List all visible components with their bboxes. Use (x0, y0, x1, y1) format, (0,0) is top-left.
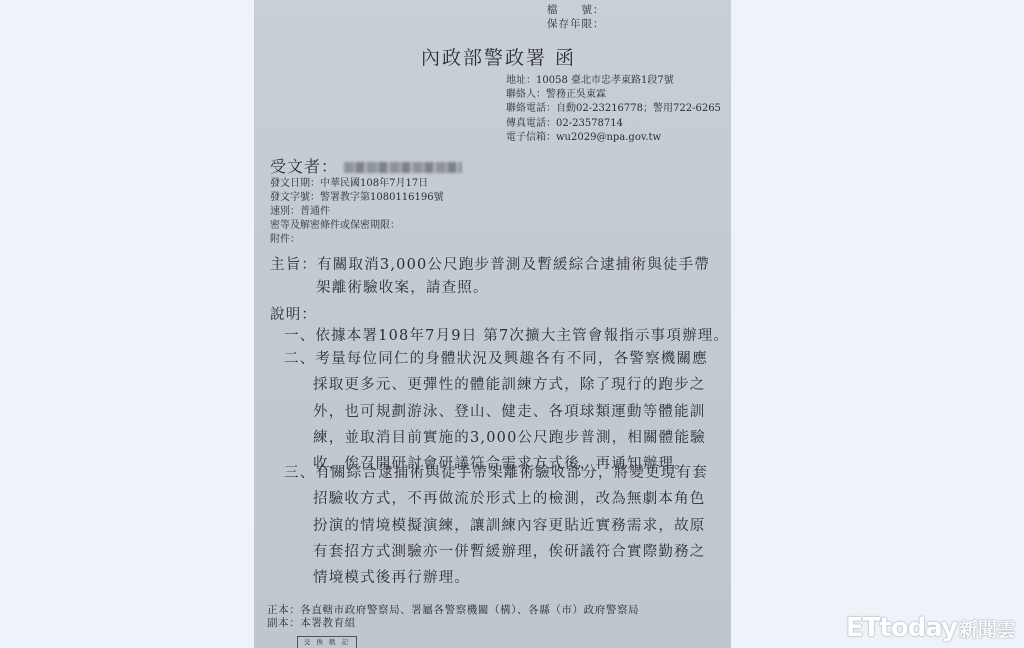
sender-email: 電子信箱：wu2029@npa.gov.tw (506, 131, 721, 145)
subject-section: 主旨：有關取消3,000公尺跑步普測及暫緩綜合逮捕術與徒手帶 架離術驗收案，請查… (270, 254, 710, 300)
item-line: 練，並取消目前實施的3,000公尺跑步普測，相關體能驗 (284, 425, 708, 451)
sender-address: 地址：10058 臺北市忠孝東路1段7號 (506, 74, 721, 88)
document-meta: 發文日期：中華民國108年7月17日 發文字號：警署教字第1080116196號… (270, 177, 444, 247)
watermark-latin: ETtoday (846, 613, 957, 643)
recipient-redacted (344, 162, 462, 173)
recipient-label: 受文者： (270, 157, 338, 176)
attachments: 附件： (270, 233, 444, 247)
item-line: 招驗收方式，不再做流於形式上的檢測，改為無劇本角色 (284, 486, 708, 512)
retention-period-label: 保存年限： (547, 17, 605, 32)
distribution-original: 正本：各直轄市政府警察局、署屬各警察機關（構）、各縣（市）政府警察局 (267, 604, 639, 617)
item-line: 外，也可規劃游泳、登山、健走、各項球類運動等體能訓 (284, 399, 708, 425)
document-page: 檔 號： 保存年限： 內政部警政署 函 地址：10058 臺北市忠孝東路1段7號… (254, 0, 731, 648)
ettoday-watermark-logo: ETtoday 新聞雲 (846, 614, 1016, 642)
document-title: 內政部警政署 函 (421, 43, 576, 70)
item-line: 採取更多元、更彈性的體能訓練方式，除了現行的跑步之 (284, 372, 708, 398)
item-number: 一、 (284, 328, 315, 344)
item-line: 有套招方式測驗亦一併暫緩辦理，俟研議符合實際勤務之 (284, 539, 708, 565)
urgency: 速別：普通件 (270, 205, 444, 219)
explanation-item-2: 二、考量每位同仁的身體狀況及興趣各有不同，各警察機關應 採取更多元、更彈性的體能… (284, 346, 708, 477)
exchange-stamp-box: 交 換 戳 記 (297, 636, 357, 648)
explanation-label: 說明： (270, 303, 317, 324)
recipient-row: 受文者： (270, 154, 462, 177)
sender-phone: 聯絡電話：自動02-23216778；警用722-6265 (506, 102, 721, 116)
item-line: 考量每位同仁的身體狀況及興趣各有不同，各警察機關應 (315, 351, 708, 367)
sender-contact-person: 聯絡人：警務正吳東霖 (506, 88, 721, 102)
item-line: 有關綜合逮捕術與徒手帶架離術驗收部分，將變更現有套 (315, 465, 708, 481)
file-number-label: 檔 號： (547, 3, 605, 18)
issue-date: 發文日期：中華民國108年7月17日 (270, 177, 444, 191)
item-line: 情境模式後再行辦理。 (284, 565, 708, 591)
sender-fax: 傳真電話：02-23578714 (506, 117, 721, 131)
item-line: 依據本署108年7月9日 第7次擴大主管會報指示事項辦理。 (315, 328, 729, 344)
item-number: 三、 (284, 465, 315, 481)
sender-info: 地址：10058 臺北市忠孝東路1段7號 聯絡人：警務正吳東霖 聯絡電話：自動0… (506, 74, 721, 145)
confidentiality: 密等及解密條件或保密期限： (270, 219, 444, 233)
distribution-copy: 副本：本署教育組 (267, 617, 356, 630)
item-line: 扮演的情境模擬演練，讓訓練內容更貼近實務需求，故原 (284, 513, 708, 539)
subject-label: 主旨： (270, 254, 317, 277)
explanation-item-3: 三、有關綜合逮捕術與徒手帶架離術驗收部分，將變更現有套 招驗收方式，不再做流於形… (284, 460, 708, 591)
document-number: 發文字號：警署教字第1080116196號 (270, 191, 444, 205)
subject-line-1: 有關取消3,000公尺跑步普測及暫緩綜合逮捕術與徒手帶 (317, 257, 710, 273)
item-number: 二、 (284, 351, 315, 367)
subject-line-2: 架離術驗收案，請查照。 (270, 277, 710, 300)
watermark-cjk: 新聞雲 (959, 615, 1016, 642)
